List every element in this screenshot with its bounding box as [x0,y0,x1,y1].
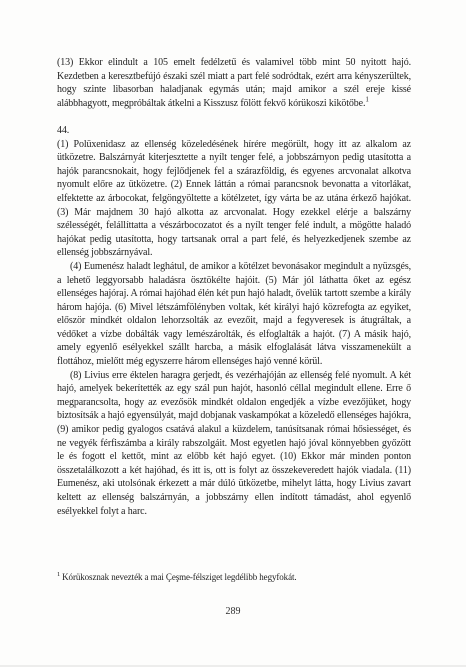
paragraph-1-3: (1) Polüxenidasz az ellenség közeledésén… [57,138,411,260]
footnote: 1Kórükosznak nevezték a mai Çeşme-félszi… [57,571,411,583]
paragraph-13: (13) Ekkor elindult a 105 emelt fedélzet… [57,56,411,110]
section-heading-44: 44. [57,124,411,138]
paragraph-4-7: (4) Eumenész haladt leghátul, de amikor … [57,260,411,369]
paragraph-13-text: (13) Ekkor elindult a 105 emelt fedélzet… [57,57,411,109]
book-page: (13) Ekkor elindult a 105 emelt fedélzet… [0,0,466,667]
paragraph-8-11: (8) Livius erre éktelen haragra gerjedt,… [57,369,411,519]
footnote-ref-1: 1 [365,95,368,103]
text-column: (13) Ekkor elindult a 105 emelt fedélzet… [57,56,411,518]
page-number: 289 [0,606,466,617]
footnote-marker: 1 [57,571,60,578]
footnote-text: Kórükosznak nevezték a mai Çeşme-félszig… [62,572,296,582]
